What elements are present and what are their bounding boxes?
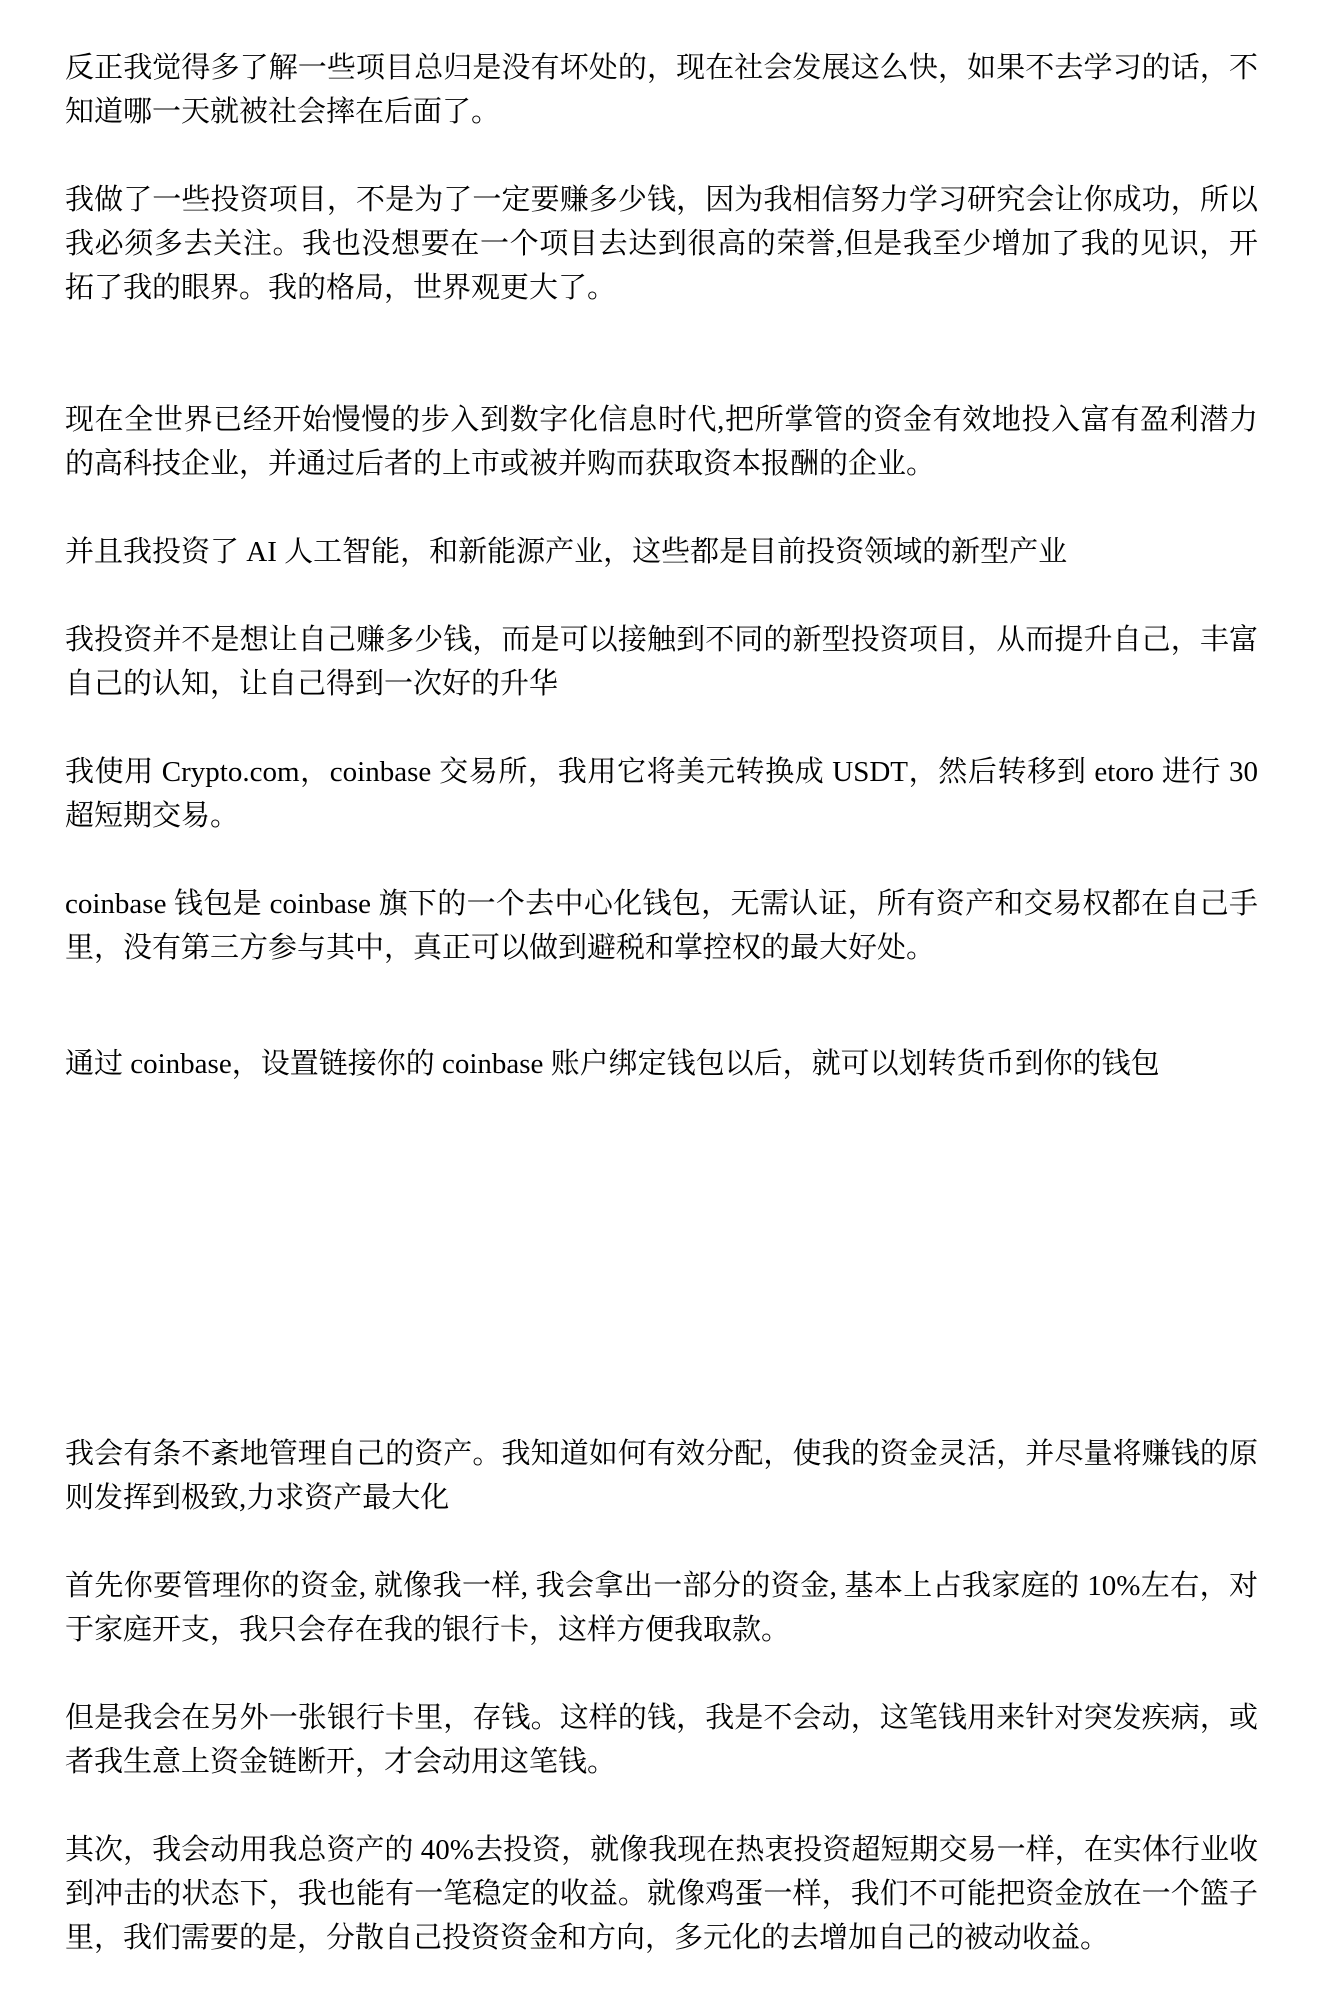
paragraph-family-budget: 首先你要管理你的资金, 就像我一样, 我会拿出一部分的资金, 基本上占我家庭的 …: [65, 1564, 1258, 1652]
document-text-body: 反正我觉得多了解一些项目总归是没有坏处的，现在社会发展这么快，如果不去学习的话，…: [65, 46, 1258, 1960]
paragraph-emergency-savings: 但是我会在另外一张银行卡里，存钱。这样的钱，我是不会动，这笔钱用来针对突发疾病，…: [65, 1696, 1258, 1784]
paragraph-exchanges-used: 我使用 Crypto.com，coinbase 交易所，我用它将美元转换成 US…: [65, 750, 1258, 838]
paragraph-coinbase-wallet: coinbase 钱包是 coinbase 旗下的一个去中心化钱包，无需认证，所…: [65, 882, 1258, 970]
paragraph-diversification: 其次，我会动用我总资产的 40%去投资，就像我现在热衷投资超短期交易一样，在实体…: [65, 1828, 1258, 1960]
document-page: 反正我觉得多了解一些项目总归是没有坏处的，现在社会发展这么快，如果不去学习的话，…: [0, 0, 1323, 2008]
paragraph-investment-projects: 我做了一些投资项目，不是为了一定要赚多少钱，因为我相信努力学习研究会让你成功，所…: [65, 178, 1258, 310]
paragraph-digital-era: 现在全世界已经开始慢慢的步入到数字化信息时代,把所掌管的资金有效地投入富有盈利潜…: [65, 398, 1258, 486]
paragraph-investing-purpose: 我投资并不是想让自己赚多少钱，而是可以接触到不同的新型投资项目，从而提升自己，丰…: [65, 618, 1258, 706]
paragraph-wallet-linking: 通过 coinbase，设置链接你的 coinbase 账户绑定钱包以后，就可以…: [65, 1042, 1258, 1086]
paragraph-ai-new-energy: 并且我投资了 AI 人工智能，和新能源产业，这些都是目前投资领域的新型产业: [65, 530, 1258, 574]
paragraph-asset-management: 我会有条不紊地管理自己的资产。我知道如何有效分配，使我的资金灵活，并尽量将赚钱的…: [65, 1432, 1258, 1520]
paragraph-benefit-of-learning: 反正我觉得多了解一些项目总归是没有坏处的，现在社会发展这么快，如果不去学习的话，…: [65, 46, 1258, 134]
